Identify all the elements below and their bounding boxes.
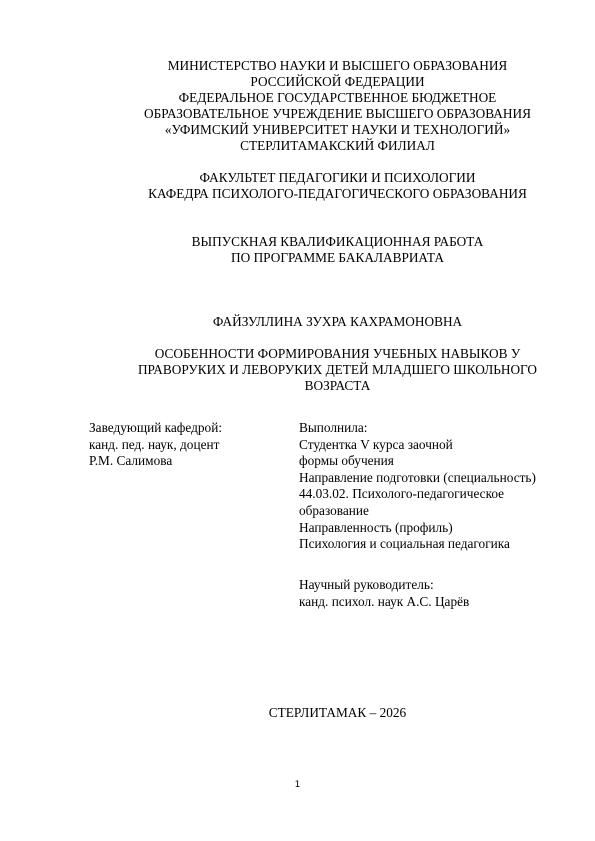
performer-line: Направление подготовки (специальность) <box>299 470 536 487</box>
page-number: 1 <box>0 780 595 790</box>
performer-block: Выполнила: Студентка V курса заочной фор… <box>299 420 536 553</box>
work-type-line: ВЫПУСКНАЯ КВАЛИФИКАЦИОННАЯ РАБОТА <box>0 234 595 250</box>
header-line: «УФИМСКИЙ УНИВЕРСИТЕТ НАУКИ И ТЕХНОЛОГИЙ… <box>0 122 595 138</box>
header-line: МИНИСТЕРСТВО НАУКИ И ВЫСШЕГО ОБРАЗОВАНИЯ <box>0 58 595 74</box>
performer-line: Студентка V курса заочной <box>299 437 536 454</box>
head-degree: канд. пед. наук, доцент <box>89 437 222 454</box>
supervisor-name: канд. психол. наук А.С. Царёв <box>299 594 469 611</box>
head-name: Р.М. Салимова <box>89 453 222 470</box>
supervisor-label: Научный руководитель: <box>299 577 469 594</box>
performer-label: Выполнила: <box>299 420 536 437</box>
title-line: ПРАВОРУКИХ И ЛЕВОРУКИХ ДЕТЕЙ МЛАДШЕГО ШК… <box>0 362 595 378</box>
head-label: Заведующий кафедрой: <box>89 420 222 437</box>
head-of-department-block: Заведующий кафедрой: канд. пед. наук, до… <box>89 420 222 470</box>
header-line: ФЕДЕРАЛЬНОЕ ГОСУДАРСТВЕННОЕ БЮДЖЕТНОЕ <box>0 90 595 106</box>
faculty-line: ФАКУЛЬТЕТ ПЕДАГОГИКИ И ПСИХОЛОГИИ <box>0 170 595 186</box>
supervisor-block: Научный руководитель: канд. психол. наук… <box>299 577 469 610</box>
header-line: РОССИЙСКОЙ ФЕДЕРАЦИИ <box>0 74 595 90</box>
city-year: СТЕРЛИТАМАК – 2026 <box>0 705 595 721</box>
performer-line: 44.03.02. Психолого-педагогическое <box>299 486 536 503</box>
performer-line: Направленность (профиль) <box>299 520 536 537</box>
author-name: ФАЙЗУЛЛИНА ЗУХРА КАХРАМОНОВНА <box>0 314 595 330</box>
header-line: СТЕРЛИТАМАКСКИЙ ФИЛИАЛ <box>0 138 595 154</box>
department-line: КАФЕДРА ПСИХОЛОГО-ПЕДАГОГИЧЕСКОГО ОБРАЗО… <box>0 186 595 202</box>
title-line: ВОЗРАСТА <box>0 378 595 394</box>
title-line: ОСОБЕННОСТИ ФОРМИРОВАНИЯ УЧЕБНЫХ НАВЫКОВ… <box>0 346 595 362</box>
performer-line: Психология и социальная педагогика <box>299 536 536 553</box>
work-type-line: ПО ПРОГРАММЕ БАКАЛАВРИАТА <box>0 250 595 266</box>
header-line: ОБРАЗОВАТЕЛЬНОЕ УЧРЕЖДЕНИЕ ВЫСШЕГО ОБРАЗ… <box>0 106 595 122</box>
performer-line: формы обучения <box>299 453 536 470</box>
performer-line: образование <box>299 503 536 520</box>
